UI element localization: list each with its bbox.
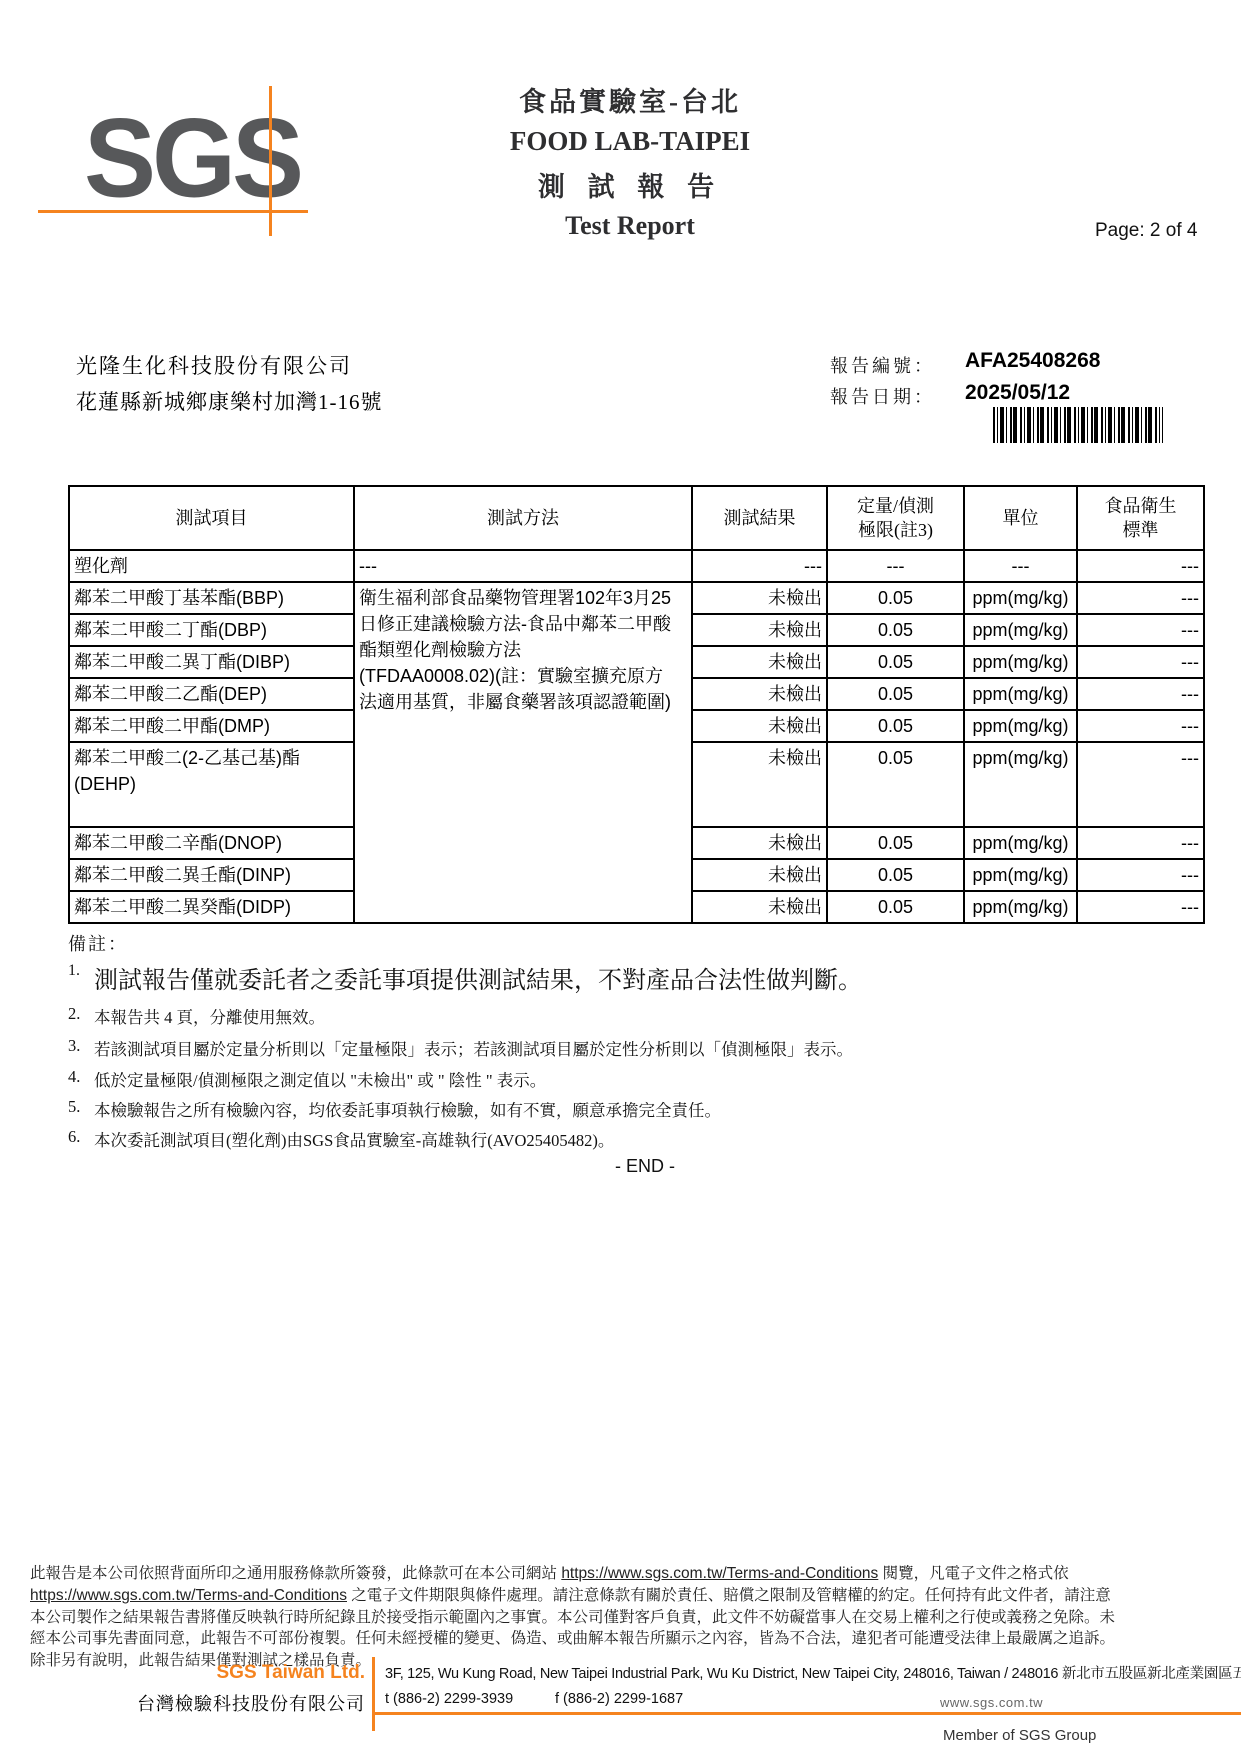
result-cell: 未檢出 — [692, 646, 827, 678]
report-number-value: AFA25408268 — [965, 349, 1100, 373]
item-cell: 鄰苯二甲酸二異癸酯(DIDP) — [69, 891, 354, 923]
standard-cell: --- — [1077, 891, 1204, 923]
limit-cell: 0.05 — [827, 678, 964, 710]
item-cell: 鄰苯二甲酸丁基苯酯(BBP) — [69, 582, 354, 614]
note-text: 本次委託測試項目(塑化劑)由SGS食品實驗室-高雄執行(AVO25405482)… — [94, 1131, 614, 1150]
method-cell: --- — [354, 550, 692, 582]
sgs-logo: SGS — [84, 100, 300, 216]
note-2: 2.本報告共 4 頁，分離使用無效。 — [68, 1004, 325, 1028]
item-cell: 鄰苯二甲酸二辛酯(DNOP) — [69, 827, 354, 859]
unit-cell: ppm(mg/kg) — [964, 710, 1077, 742]
unit-cell: ppm(mg/kg) — [964, 742, 1077, 827]
report-date-value: 2025/05/12 — [965, 381, 1070, 405]
unit-cell: ppm(mg/kg) — [964, 614, 1077, 646]
lab-title-zh: 食品實驗室-台北 — [430, 80, 830, 119]
note-3: 3.若該測試項目屬於定量分析則以「定量極限」表示；若該測試項目屬於定性分析則以「… — [68, 1036, 853, 1060]
report-date-label: 報告日期： — [830, 383, 935, 409]
result-cell: 未檢出 — [692, 678, 827, 710]
footer-member-text: Member of SGS Group — [943, 1727, 1096, 1744]
logo-crosshair-vertical-line — [269, 86, 272, 236]
legal-text: 之電子文件期限與條件處理。請注意條款有關於責任、賠償之限制及管轄權的約定。任何持… — [347, 1587, 1111, 1604]
note-number: 6. — [68, 1127, 94, 1147]
col-header-limit: 定量/偵測極限(註3) — [827, 486, 964, 550]
limit-cell: 0.05 — [827, 859, 964, 891]
item-cell: 鄰苯二甲酸二丁酯(DBP) — [69, 614, 354, 646]
item-cell: 鄰苯二甲酸二(2-乙基己基)酯 (DEHP) — [69, 742, 354, 827]
note-1: 1.測試報告僅就委託者之委託事項提供測試結果，不對產品合法性做判斷。 — [68, 960, 862, 995]
unit-cell: ppm(mg/kg) — [964, 859, 1077, 891]
notes-title: 備註： — [68, 930, 128, 956]
footer-fax: f (886-2) 2299-1687 — [555, 1691, 683, 1707]
legal-line-3: 本公司製作之結果報告書將僅反映執行時所紀錄且於接受指示範圍內之事實。本公司僅對客… — [30, 1607, 1220, 1629]
unit-cell: --- — [964, 550, 1077, 582]
method-line: 日修正建議檢驗方法-食品中鄰苯二甲酸 — [359, 611, 687, 637]
item-cell: 塑化劑 — [69, 550, 354, 582]
report-number-label: 報告編號： — [830, 352, 935, 378]
result-cell: 未檢出 — [692, 710, 827, 742]
note-6: 6.本次委託測試項目(塑化劑)由SGS食品實驗室-高雄執行(AVO2540548… — [68, 1127, 614, 1151]
result-cell: 未檢出 — [692, 582, 827, 614]
result-cell: 未檢出 — [692, 859, 827, 891]
note-number: 1. — [68, 960, 94, 980]
note-number: 5. — [68, 1097, 94, 1117]
standard-cell: --- — [1077, 550, 1204, 582]
end-marker: - END - — [0, 1156, 1241, 1177]
lab-title-en: FOOD LAB-TAIPEI — [430, 126, 830, 157]
footer-address-zh: / 248016 新北市五股區新北產業園區五工路125號3樓 — [1000, 1666, 1241, 1682]
result-cell: 未檢出 — [692, 827, 827, 859]
limit-cell: 0.05 — [827, 582, 964, 614]
limit-cell: 0.05 — [827, 827, 964, 859]
limit-cell: 0.05 — [827, 742, 964, 827]
legal-line-4: 經本公司事先書面同意，此報告不可部份複製。任何未經授權的變更、偽造、或曲解本報告… — [30, 1628, 1220, 1650]
page-number: Page: 2 of 4 — [1095, 220, 1197, 242]
unit-cell: ppm(mg/kg) — [964, 891, 1077, 923]
limit-cell: 0.05 — [827, 614, 964, 646]
unit-cell: ppm(mg/kg) — [964, 827, 1077, 859]
unit-cell: ppm(mg/kg) — [964, 646, 1077, 678]
col-header-item: 測試項目 — [69, 486, 354, 550]
legal-text: 此報告是本公司依照背面所印之通用服務條款所簽發，此條款可在本公司網站 — [30, 1565, 561, 1582]
client-name: 光隆生化科技股份有限公司 — [76, 350, 352, 380]
method-cell-merged: 衛生福利部食品藥物管理署102年3月25 日修正建議檢驗方法-食品中鄰苯二甲酸 … — [354, 582, 692, 923]
standard-cell: --- — [1077, 827, 1204, 859]
footer-address-en: 3F, 125, Wu Kung Road, New Taipei Indust… — [385, 1666, 1000, 1682]
footer-website-link[interactable]: www.sgs.com.tw — [940, 1695, 1043, 1710]
item-line-1: 鄰苯二甲酸二(2-乙基己基)酯 — [74, 745, 349, 771]
col-header-result: 測試結果 — [692, 486, 827, 550]
test-report-page: SGS 食品實驗室-台北 FOOD LAB-TAIPEI 測 試 報 告 Tes… — [0, 0, 1241, 1755]
legal-line-1: 此報告是本公司依照背面所印之通用服務條款所簽發，此條款可在本公司網站 https… — [30, 1563, 1220, 1585]
standard-cell: --- — [1077, 582, 1204, 614]
footer-divider-horizontal-line — [372, 1712, 1241, 1715]
report-title-block: 食品實驗室-台北 FOOD LAB-TAIPEI 測 試 報 告 Test Re… — [430, 80, 830, 241]
result-cell: 未檢出 — [692, 891, 827, 923]
result-cell: 未檢出 — [692, 742, 827, 827]
item-line-2: (DEHP) — [74, 771, 349, 797]
unit-cell: ppm(mg/kg) — [964, 582, 1077, 614]
client-address: 花蓮縣新城鄉康樂村加灣1-16號 — [76, 386, 383, 416]
standard-cell: --- — [1077, 678, 1204, 710]
col-header-unit: 單位 — [964, 486, 1077, 550]
footer-company-name-zh: 台灣檢驗科技股份有限公司 — [95, 1690, 365, 1716]
limit-cell: 0.05 — [827, 646, 964, 678]
note-number: 3. — [68, 1036, 94, 1056]
item-cell: 鄰苯二甲酸二乙酯(DEP) — [69, 678, 354, 710]
result-cell: --- — [692, 550, 827, 582]
limit-cell: 0.05 — [827, 710, 964, 742]
method-line: 法適用基質，非屬食藥署該項認證範圍) — [359, 689, 687, 715]
note-4: 4.低於定量極限/偵測極限之測定值以 "未檢出" 或 " 陰性 " 表示。 — [68, 1067, 546, 1091]
limit-cell: --- — [827, 550, 964, 582]
terms-link[interactable]: https://www.sgs.com.tw/Terms-and-Conditi… — [561, 1565, 878, 1582]
item-cell: 鄰苯二甲酸二甲酯(DMP) — [69, 710, 354, 742]
item-cell: 鄰苯二甲酸二異丁酯(DIBP) — [69, 646, 354, 678]
note-text: 測試報告僅就委託者之委託事項提供測試結果，不對產品合法性做判斷。 — [94, 968, 862, 994]
report-title-en: Test Report — [430, 211, 830, 241]
standard-cell: --- — [1077, 859, 1204, 891]
note-number: 4. — [68, 1067, 94, 1087]
standard-cell: --- — [1077, 614, 1204, 646]
method-line: 衛生福利部食品藥物管理署102年3月25 — [359, 585, 687, 611]
test-results-table: 測試項目 測試方法 測試結果 定量/偵測極限(註3) 單位 食品衛生標準 塑化劑… — [68, 485, 1205, 924]
note-5: 5.本檢驗報告之所有檢驗內容，均依委託事項執行檢驗，如有不實，願意承擔完全責任。 — [68, 1097, 721, 1121]
standard-cell: --- — [1077, 646, 1204, 678]
legal-line-2: https://www.sgs.com.tw/Terms-and-Conditi… — [30, 1585, 1220, 1607]
note-text: 若該測試項目屬於定量分析則以「定量極限」表示；若該測試項目屬於定性分析則以「偵測… — [94, 1040, 853, 1059]
terms-link[interactable]: https://www.sgs.com.tw/Terms-and-Conditi… — [30, 1587, 347, 1604]
footer-divider-vertical-line — [372, 1657, 375, 1731]
report-title-zh: 測 試 報 告 — [430, 165, 830, 204]
logo-crosshair-horizontal-line — [38, 210, 308, 213]
report-barcode — [993, 407, 1163, 443]
note-text: 低於定量極限/偵測極限之測定值以 "未檢出" 或 " 陰性 " 表示。 — [94, 1071, 546, 1090]
standard-cell: --- — [1077, 710, 1204, 742]
note-number: 2. — [68, 1004, 94, 1024]
note-text: 本檢驗報告之所有檢驗內容，均依委託事項執行檢驗，如有不實，願意承擔完全責任。 — [94, 1101, 721, 1120]
method-line: 酯類塑化劑檢驗方法 — [359, 637, 687, 663]
legal-disclaimer: 此報告是本公司依照背面所印之通用服務條款所簽發，此條款可在本公司網站 https… — [30, 1563, 1220, 1672]
method-line: (TFDAA0008.02)(註：實驗室擴充原方 — [359, 663, 687, 689]
col-header-standard: 食品衛生標準 — [1077, 486, 1204, 550]
item-cell: 鄰苯二甲酸二異壬酯(DINP) — [69, 859, 354, 891]
limit-cell: 0.05 — [827, 891, 964, 923]
table-row: 鄰苯二甲酸丁基苯酯(BBP) 衛生福利部食品藥物管理署102年3月25 日修正建… — [69, 582, 1204, 614]
result-cell: 未檢出 — [692, 614, 827, 646]
footer-address: 3F, 125, Wu Kung Road, New Taipei Indust… — [385, 1662, 1215, 1683]
table-header-row: 測試項目 測試方法 測試結果 定量/偵測極限(註3) 單位 食品衛生標準 — [69, 486, 1204, 550]
footer-telephone: t (886-2) 2299-3939 — [385, 1691, 513, 1707]
unit-cell: ppm(mg/kg) — [964, 678, 1077, 710]
standard-cell: --- — [1077, 742, 1204, 827]
table-row: 塑化劑 --- --- --- --- --- — [69, 550, 1204, 582]
legal-text: 閱覽，凡電子文件之格式依 — [878, 1565, 1068, 1582]
col-header-method: 測試方法 — [354, 486, 692, 550]
footer-company-name-en: SGS Taiwan Ltd. — [120, 1662, 365, 1684]
note-text: 本報告共 4 頁，分離使用無效。 — [94, 1008, 325, 1027]
